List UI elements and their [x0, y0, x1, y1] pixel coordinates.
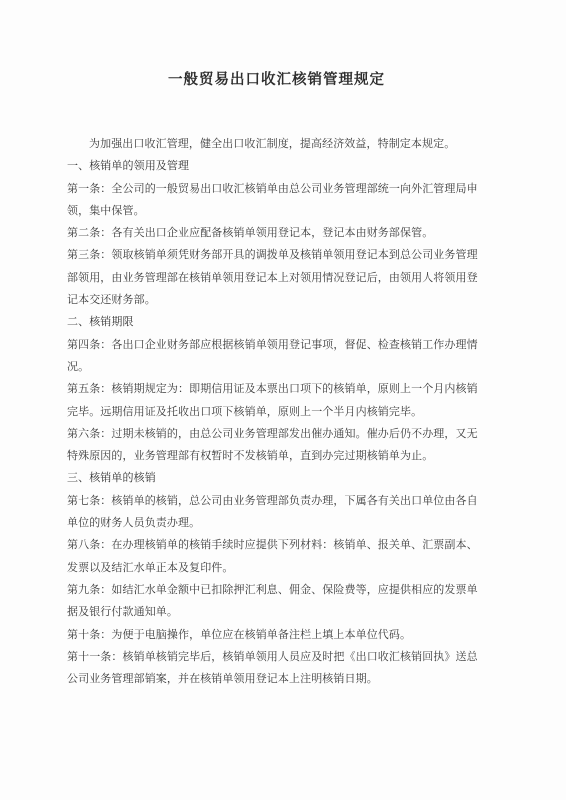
- article-11: 第十一条：核销单核销完毕后，核销单领用人员应及时把《出口收汇核销回执》送总公司业…: [67, 646, 486, 691]
- article-5: 第五条：核销期规定为：即期信用证及本票出口项下的核销单，原则上一个月内核销完毕。…: [67, 378, 486, 423]
- document-title: 一般贸易出口收汇核销管理规定: [67, 70, 486, 90]
- article-6: 第六条：过期未核销的，由总公司业务管理部发出催办通知。催办后仍不办理，又无特殊原…: [67, 423, 486, 468]
- article-8: 第八条：在办理核销单的核销手续时应提供下列材料：核销单、报关单、汇票副本、发票以…: [67, 534, 486, 579]
- article-4: 第四条：各出口企业财务部应根据核销单领用登记事项，督促、检查核销工作办理情况。: [67, 334, 486, 379]
- intro-paragraph: 为加强出口收汇管理，健全出口收汇制度，提高经济效益，特制定本规定。: [67, 133, 486, 155]
- article-7: 第七条：核销单的核销，总公司由业务管理部负责办理，下属各有关出口单位由各自单位的…: [67, 490, 486, 535]
- document-page: 一般贸易出口收汇核销管理规定 为加强出口收汇管理，健全出口收汇制度，提高经济效益…: [0, 0, 566, 800]
- section-1-heading: 一、核销单的领用及管理: [67, 155, 486, 177]
- article-1: 第一条：全公司的一般贸易出口收汇核销单由总公司业务管理部统一向外汇管理局申领，集…: [67, 178, 486, 223]
- document-body: 为加强出口收汇管理，健全出口收汇制度，提高经济效益，特制定本规定。 一、核销单的…: [67, 133, 486, 690]
- article-9: 第九条：如结汇水单金额中已扣除押汇利息、佣金、保险费等，应提供相应的发票单据及银…: [67, 579, 486, 624]
- article-3: 第三条：领取核销单须凭财务部开具的调拨单及核销单领用登记本到总公司业务管理部领用…: [67, 244, 486, 311]
- article-10: 第十条：为便于电脑操作，单位应在核销单备注栏上填上本单位代码。: [67, 624, 486, 646]
- section-2-heading: 二、核销期限: [67, 311, 486, 333]
- section-3-heading: 三、核销单的核销: [67, 467, 486, 489]
- article-2: 第二条：各有关出口企业应配备核销单领用登记本，登记本由财务部保管。: [67, 222, 486, 244]
